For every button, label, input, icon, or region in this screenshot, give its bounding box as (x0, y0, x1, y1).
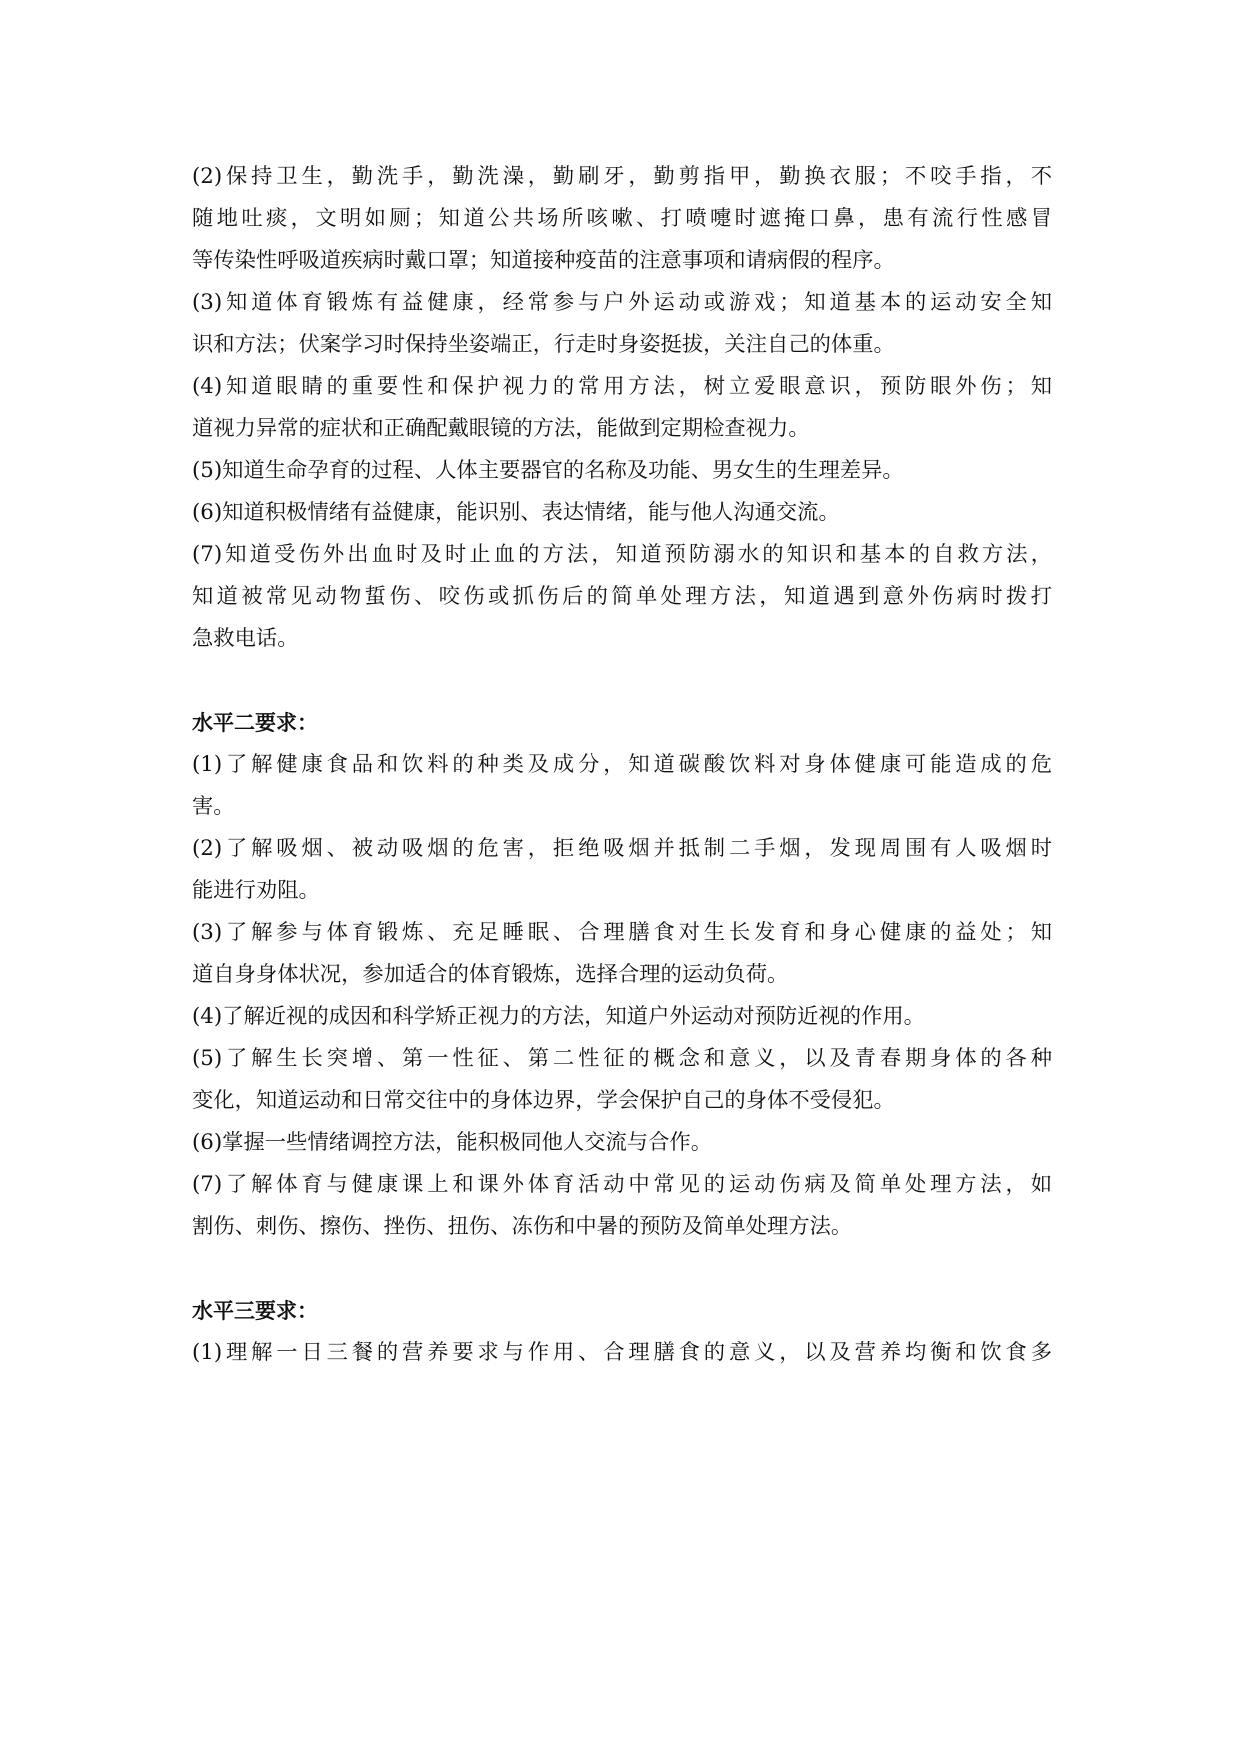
section-heading-level3: 水平三要求： (192, 1290, 1052, 1332)
text-line: 等传染性呼吸道疾病时戴口罩；知道接种疫苗的注意事项和请病假的程序。 (192, 240, 1052, 282)
text-line: (6)知道积极情绪有益健康，能识别、表达情绪，能与他人沟通交流。 (192, 492, 1052, 534)
text-line: (4)了解近视的成因和科学矫正视力的方法，知道户外运动对预防近视的作用。 (192, 996, 1052, 1038)
text-line: (2)了解吸烟、被动吸烟的危害，拒绝吸烟并抵制二手烟，发现周围有人吸烟时 (192, 828, 1052, 870)
level2-item-1: (1)了解健康食品和饮料的种类及成分，知道碳酸饮料对身体健康可能造成的危 害。 (192, 744, 1052, 828)
text-line: (1)理解一日三餐的营养要求与作用、合理膳食的意义，以及营养均衡和饮食多 (192, 1332, 1052, 1374)
text-line: 随地吐痰，文明如厕；知道公共场所咳嗽、打喷嚏时遮掩口鼻，患有流行性感冒 (192, 198, 1052, 240)
section-heading-level2: 水平二要求： (192, 702, 1052, 744)
text-line: 道自身身体状况，参加适合的体育锻炼，选择合理的运动负荷。 (192, 954, 1052, 996)
text-line: 急救电话。 (192, 618, 1052, 660)
text-line: 割伤、刺伤、擦伤、挫伤、扭伤、冻伤和中暑的预防及简单处理方法。 (192, 1206, 1052, 1248)
level2-item-5: (5)了解生长突增、第一性征、第二性征的概念和意义，以及青春期身体的各种 变化，… (192, 1038, 1052, 1122)
text-line: (5)知道生命孕育的过程、人体主要器官的名称及功能、男女生的生理差异。 (192, 450, 1052, 492)
level2-item-4: (4)了解近视的成因和科学矫正视力的方法，知道户外运动对预防近视的作用。 (192, 996, 1052, 1038)
text-line: (6)掌握一些情绪调控方法，能积极同他人交流与合作。 (192, 1122, 1052, 1164)
level1-item-4: (4)知道眼睛的重要性和保护视力的常用方法，树立爱眼意识，预防眼外伤；知 道视力… (192, 366, 1052, 450)
section-gap (192, 1248, 1052, 1290)
text-line: 识和方法；伏案学习时保持坐姿端正，行走时身姿挺拔，关注自己的体重。 (192, 324, 1052, 366)
level2-item-2: (2)了解吸烟、被动吸烟的危害，拒绝吸烟并抵制二手烟，发现周围有人吸烟时 能进行… (192, 828, 1052, 912)
level1-item-2: (2)保持卫生，勤洗手，勤洗澡，勤刷牙，勤剪指甲，勤换衣服；不咬手指，不 随地吐… (192, 156, 1052, 282)
text-line: 能进行劝阻。 (192, 870, 1052, 912)
text-line: (7)知道受伤外出血时及时止血的方法，知道预防溺水的知识和基本的自救方法， (192, 534, 1052, 576)
text-line: (3)了解参与体育锻炼、充足睡眠、合理膳食对生长发育和身心健康的益处；知 (192, 912, 1052, 954)
text-line: (2)保持卫生，勤洗手，勤洗澡，勤刷牙，勤剪指甲，勤换衣服；不咬手指，不 (192, 156, 1052, 198)
text-line: (1)了解健康食品和饮料的种类及成分，知道碳酸饮料对身体健康可能造成的危 (192, 744, 1052, 786)
level3-item-1: (1)理解一日三餐的营养要求与作用、合理膳食的意义，以及营养均衡和饮食多 (192, 1332, 1052, 1374)
level2-item-3: (3)了解参与体育锻炼、充足睡眠、合理膳食对生长发育和身心健康的益处；知 道自身… (192, 912, 1052, 996)
level2-item-7: (7)了解体育与健康课上和课外体育活动中常见的运动伤病及简单处理方法，如 割伤、… (192, 1164, 1052, 1248)
document-page: (2)保持卫生，勤洗手，勤洗澡，勤刷牙，勤剪指甲，勤换衣服；不咬手指，不 随地吐… (192, 156, 1052, 1374)
level2-item-6: (6)掌握一些情绪调控方法，能积极同他人交流与合作。 (192, 1122, 1052, 1164)
text-line: (5)了解生长突增、第一性征、第二性征的概念和意义，以及青春期身体的各种 (192, 1038, 1052, 1080)
text-line: (3)知道体育锻炼有益健康，经常参与户外运动或游戏；知道基本的运动安全知 (192, 282, 1052, 324)
text-line: 害。 (192, 786, 1052, 828)
text-line: 知道被常见动物蜇伤、咬伤或抓伤后的简单处理方法，知道遇到意外伤病时拨打 (192, 576, 1052, 618)
section-gap (192, 660, 1052, 702)
text-line: (4)知道眼睛的重要性和保护视力的常用方法，树立爱眼意识，预防眼外伤；知 (192, 366, 1052, 408)
level1-item-5: (5)知道生命孕育的过程、人体主要器官的名称及功能、男女生的生理差异。 (192, 450, 1052, 492)
text-line: 变化，知道运动和日常交往中的身体边界，学会保护自己的身体不受侵犯。 (192, 1080, 1052, 1122)
text-line: 道视力异常的症状和正确配戴眼镜的方法，能做到定期检查视力。 (192, 408, 1052, 450)
text-line: (7)了解体育与健康课上和课外体育活动中常见的运动伤病及简单处理方法，如 (192, 1164, 1052, 1206)
level1-item-3: (3)知道体育锻炼有益健康，经常参与户外运动或游戏；知道基本的运动安全知 识和方… (192, 282, 1052, 366)
level1-item-6: (6)知道积极情绪有益健康，能识别、表达情绪，能与他人沟通交流。 (192, 492, 1052, 534)
level1-item-7: (7)知道受伤外出血时及时止血的方法，知道预防溺水的知识和基本的自救方法， 知道… (192, 534, 1052, 660)
